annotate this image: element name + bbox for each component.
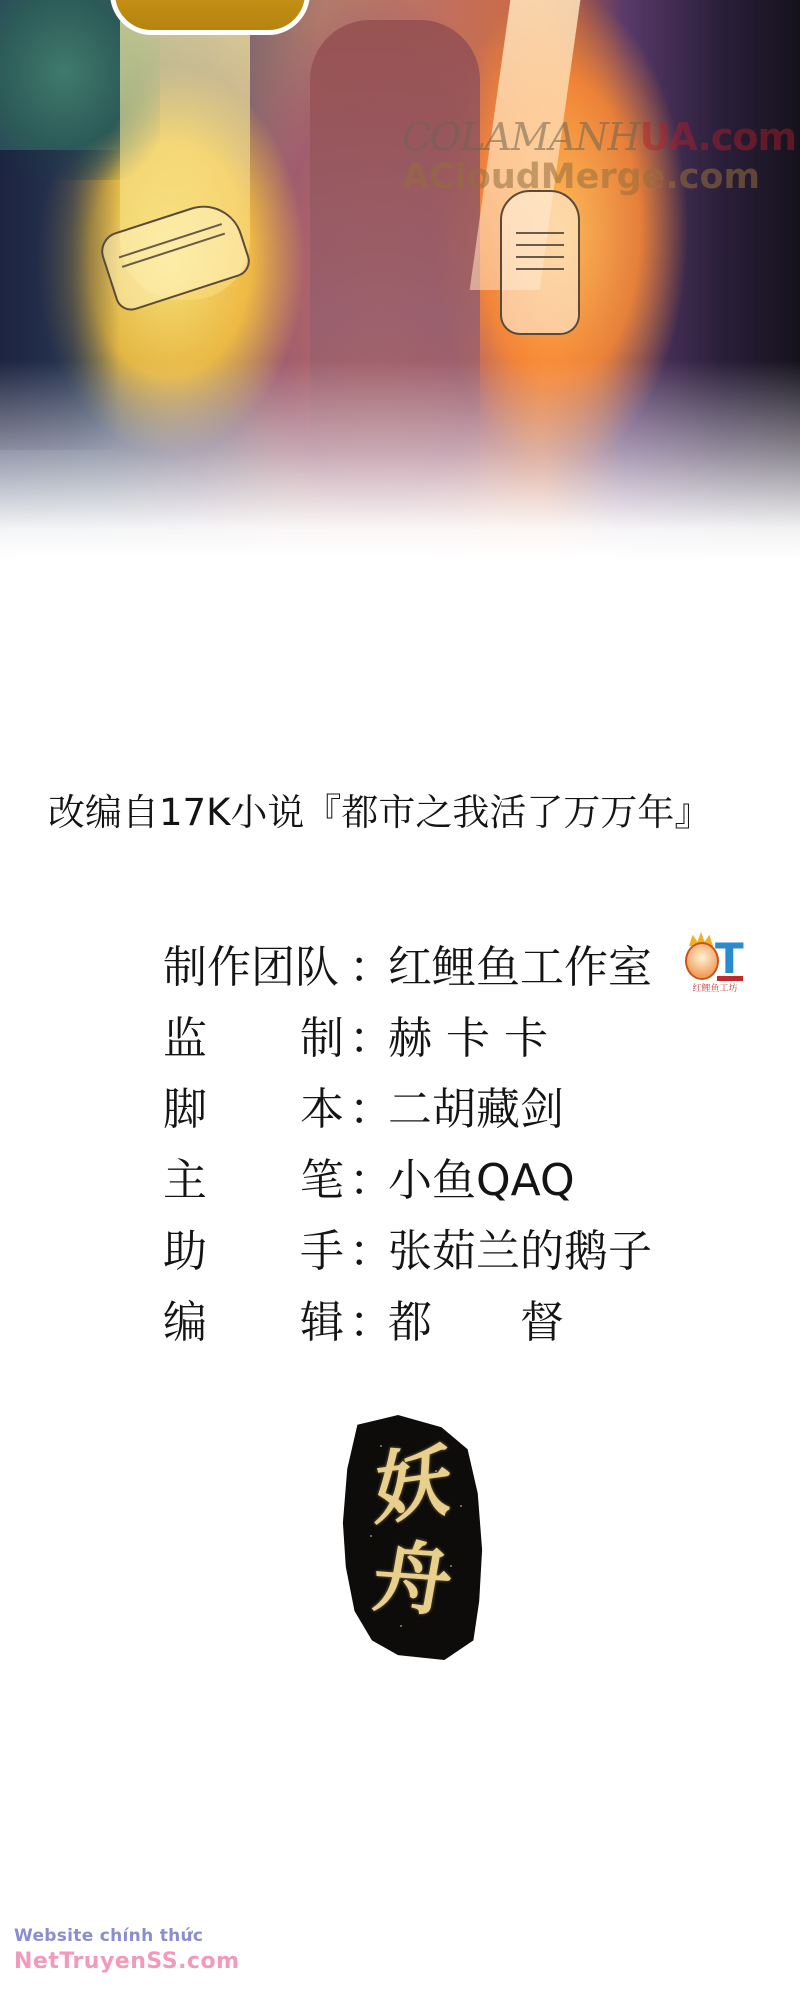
site-watermark-line2: NetTruyenSS.com: [14, 1951, 240, 1973]
credit-colon: ：: [349, 1295, 393, 1351]
watermark-line1-tail: UA.com: [640, 115, 796, 159]
credit-label-char2: 制: [300, 1011, 344, 1067]
calligraphy-logo: 妖 舟: [340, 1415, 485, 1660]
credit-label-char2: 笔: [300, 1153, 344, 1209]
credit-colon: ：: [349, 1011, 393, 1067]
credit-value: 赫 卡 卡: [388, 1011, 548, 1067]
watermark-line1: COLAMANH: [402, 115, 640, 159]
credit-colon: ：: [349, 1224, 393, 1280]
right-sneaker: [500, 190, 580, 335]
credit-value: 二胡藏剑: [388, 1082, 564, 1138]
studio-letter-base: [717, 976, 743, 981]
credit-value: 小鱼QAQ: [388, 1153, 575, 1209]
credit-label-char2: 本: [300, 1082, 344, 1138]
comic-panel: COLAMANHUA.com ACloudMerge.com: [0, 0, 800, 560]
speech-bubble-fragment: [110, 0, 310, 35]
adaptation-credit: 改编自17K小说『都市之我活了万万年』: [48, 790, 711, 836]
credit-label-char1: 助: [163, 1224, 207, 1280]
logo-char-2: 舟: [333, 1532, 493, 1627]
panel-fade: [0, 360, 800, 560]
credit-label-char2: 手: [300, 1224, 344, 1280]
studio-logo: T 红鲤鱼工坊: [683, 932, 745, 998]
credit-value: 红鲤鱼工作室: [388, 940, 652, 996]
studio-logo-caption: 红鲤鱼工坊: [683, 984, 747, 994]
credit-label-char1: 脚: [163, 1082, 207, 1138]
mascot-face-icon: [685, 942, 719, 980]
site-watermark: Website chính thức NetTruyenSS.com: [14, 1928, 240, 1973]
credit-colon: ：: [349, 1153, 393, 1209]
credit-value: 张茹兰的鹅子: [388, 1224, 652, 1280]
studio-letter: T: [715, 938, 744, 980]
credit-label-char1: 编: [163, 1295, 207, 1351]
logo-char-1: 妖: [339, 1432, 486, 1539]
watermark-line2: ACloudMerge.com: [402, 160, 796, 195]
site-watermark-line1: Website chính thức: [14, 1928, 240, 1945]
scan-watermark: COLAMANHUA.com ACloudMerge.com: [402, 118, 796, 195]
credit-label-char1: 主: [163, 1153, 207, 1209]
credit-label-char2: 辑: [300, 1295, 344, 1351]
credit-value: 都 督: [388, 1295, 564, 1351]
credit-label-char1: 监: [163, 1011, 207, 1067]
credit-colon: ：: [349, 940, 393, 996]
credit-colon: ：: [349, 1082, 393, 1138]
credit-label: 制作团队: [163, 940, 339, 996]
